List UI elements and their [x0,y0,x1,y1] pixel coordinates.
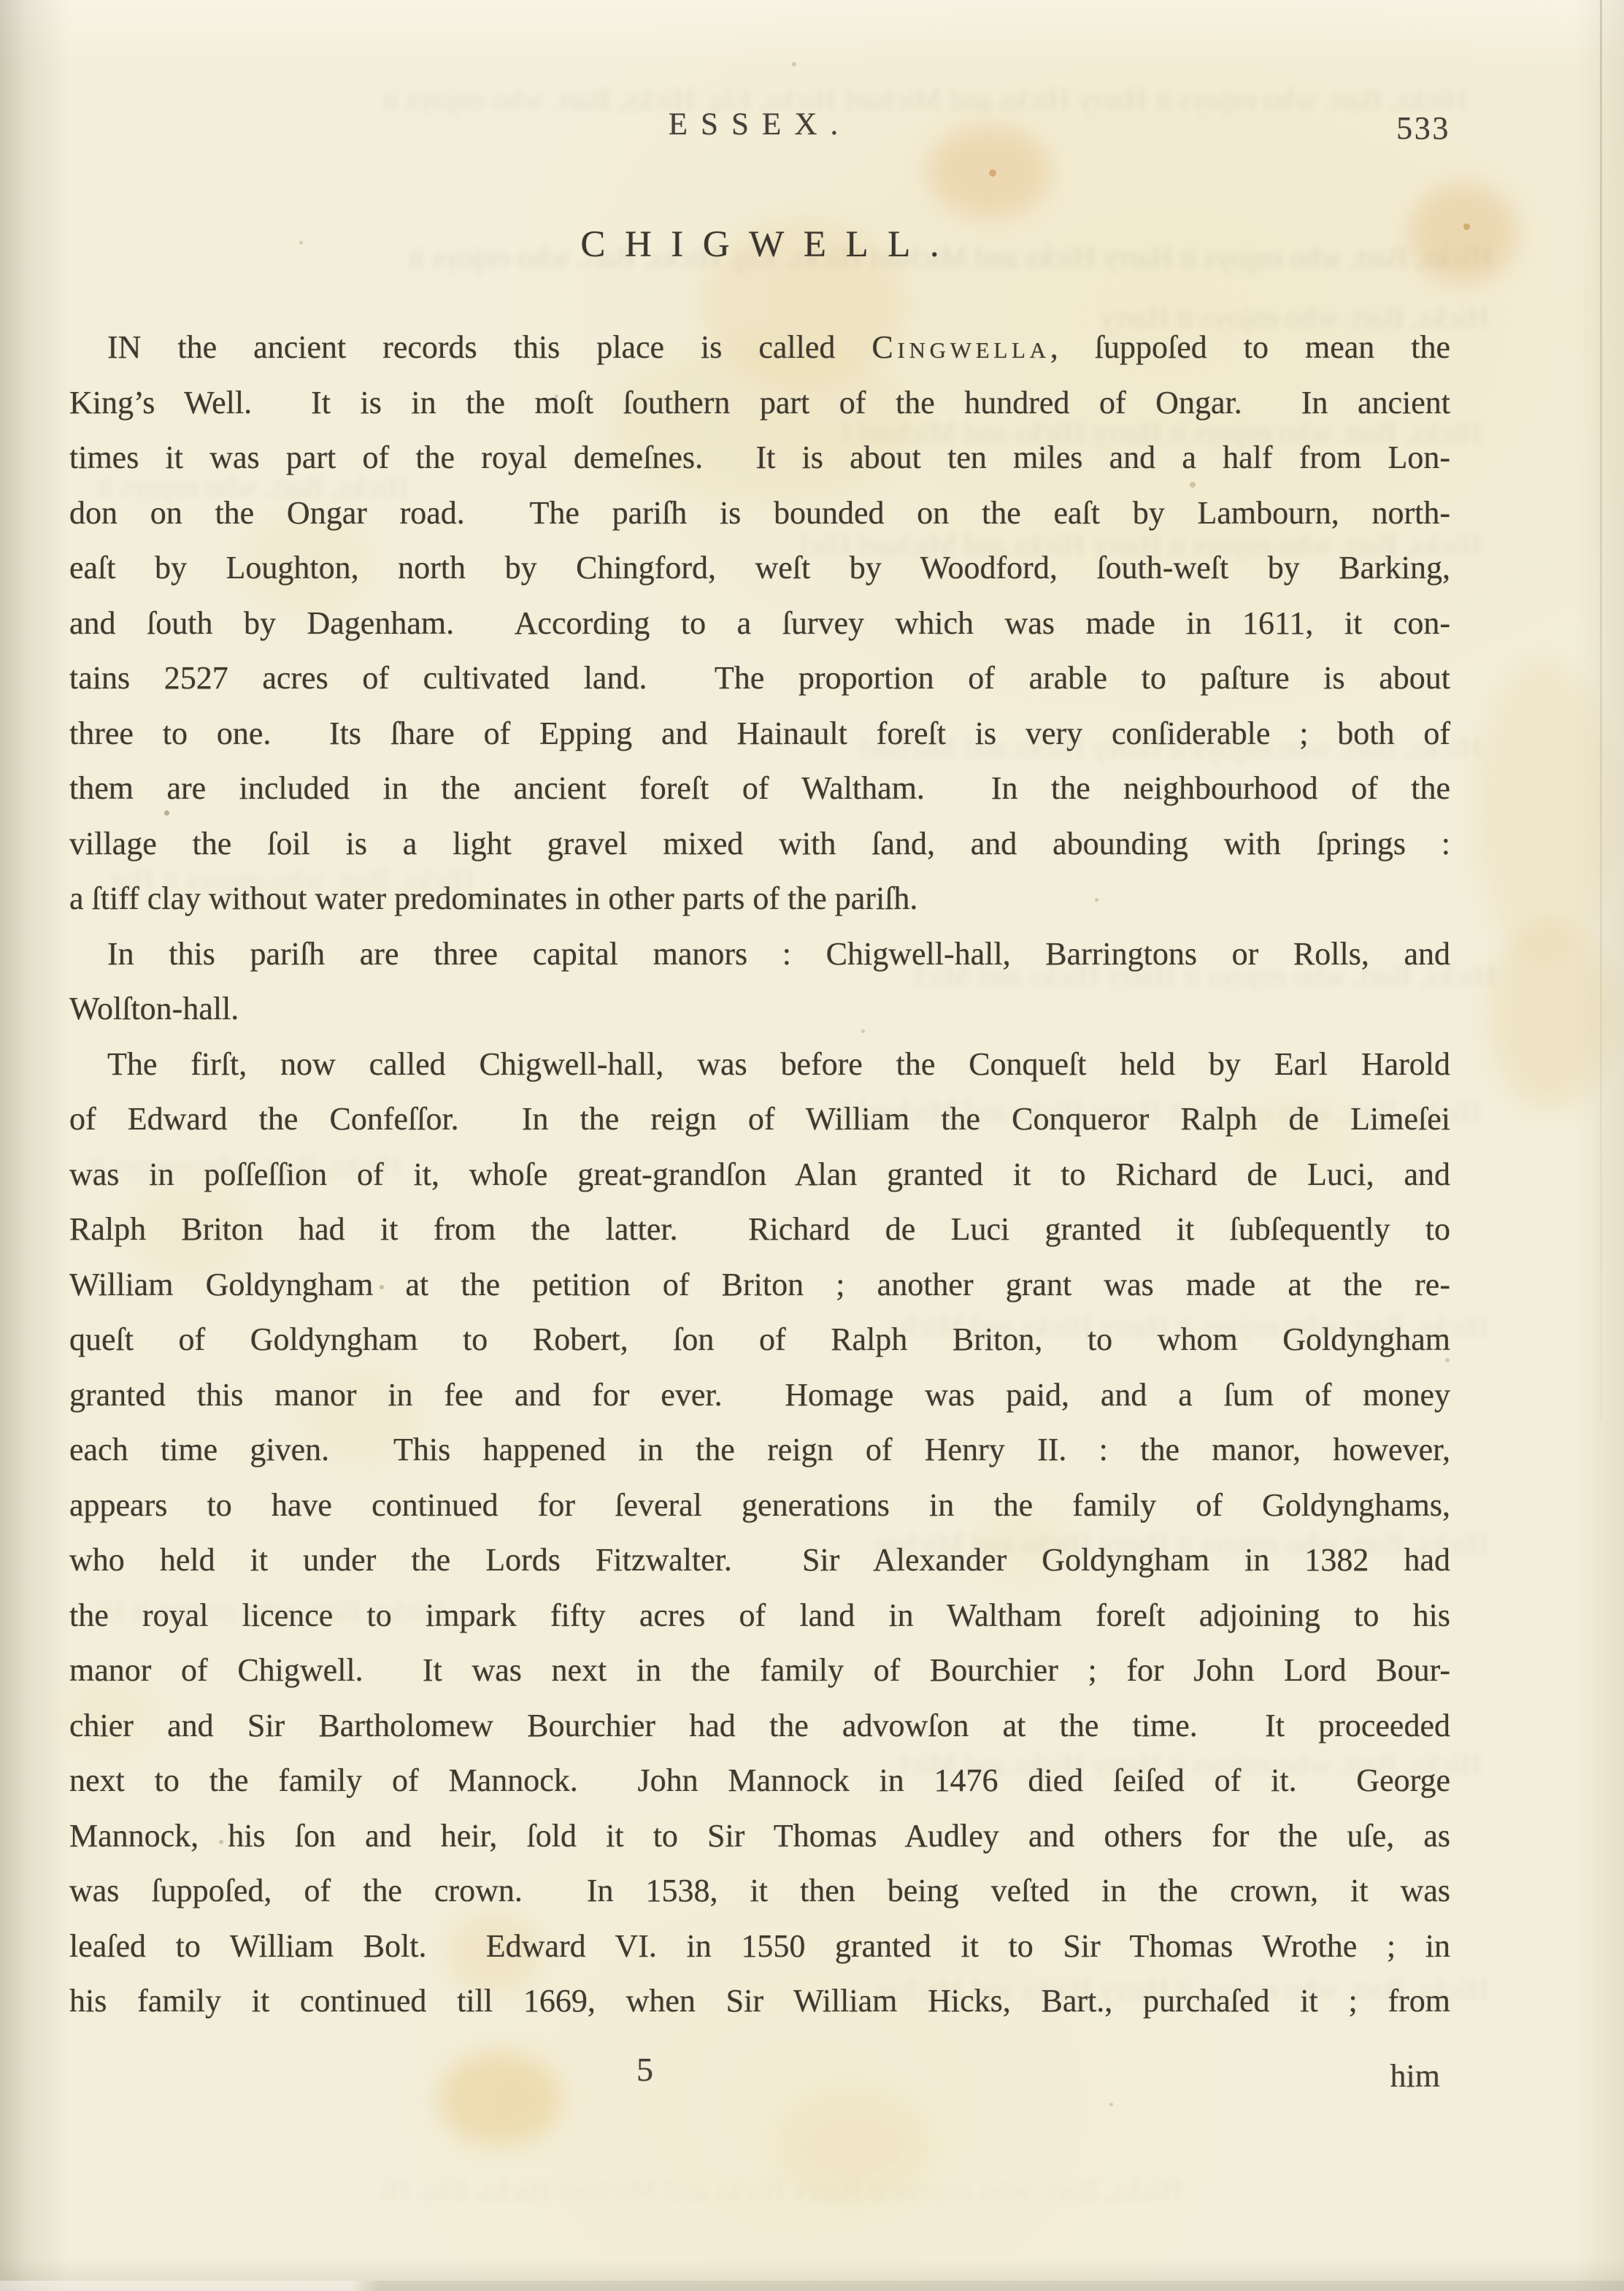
text-segment: village the ſoil is a light gravel mixed… [69,826,1450,861]
text-segment: and ſouth by Dagenham. According to a ſu… [69,605,1450,641]
text-segment: who held it under the Lords Fitzwalter. … [69,1542,1450,1578]
text-segment: of Edward the Confeſſor. In the reign of… [69,1101,1450,1137]
text-segment: tains 2527 acres of cultivated land. The… [69,660,1450,696]
text-line: was in poſſeſſion of it, whoſe great-gra… [69,1147,1450,1202]
text-line: appears to have continued for ſeveral ge… [69,1478,1450,1533]
text-line: Wolſton-hall. [69,981,1450,1037]
text-segment: King’s Well. It is in the moſt ſouthern … [69,385,1450,421]
text-segment: the royal licence to impark fifty acres … [69,1597,1450,1633]
text-segment: his family it continued till 1669, when … [69,1983,1450,2019]
text-segment: , ſuppoſed to mean the [1050,329,1450,365]
text-line: them are included in the ancient foreſt … [69,761,1450,816]
text-line: IN the ancient records this place is cal… [69,320,1450,375]
paper-stain [1489,920,1613,1110]
text-line: eaſt by Loughton, north by Chingford, we… [69,540,1450,596]
catchword-row: him [69,2057,1440,2095]
text-line: King’s Well. It is in the moſt ſouthern … [69,375,1450,431]
text-segment: appears to have continued for ſeveral ge… [69,1487,1450,1523]
paper-speck [1463,223,1470,230]
text-segment: leaſed to William Bolt. Edward VI. in 15… [69,1928,1450,1964]
text-segment: don on the Ongar road. The pariſh is bou… [69,495,1450,531]
text-line: a ſtiff clay without water predominates … [69,871,1450,926]
text-segment: In this pariſh are three capital manors … [107,936,1450,972]
text-line: leaſed to William Bolt. Edward VI. in 15… [69,1919,1450,1974]
text-segment: was ſuppoſed, of the crown. In 1538, it … [69,1873,1450,1908]
text-line: queſt of Goldyngham to Robert, ſon of Ra… [69,1312,1450,1367]
text-line: granted this manor in fee and for ever. … [69,1367,1450,1423]
text-line: three to one. Its ſhare of Epping and Ha… [69,706,1450,761]
text-line: was ſuppoſed, of the crown. In 1538, it … [69,1863,1450,1919]
body-text: IN the ancient records this place is cal… [69,320,1450,2029]
section-title: CHIGWELL. [69,223,1450,266]
text-segment: Wolſton-hall. [69,991,239,1026]
text-line: tains 2527 acres of cultivated land. The… [69,651,1450,706]
text-line: chier and Sir Bartholomew Bourchier had … [69,1698,1450,1754]
text-line: Ralph Briton had it from the latter. Ric… [69,1202,1450,1257]
text-line: The firſt, now called Chigwell-hall, was… [69,1037,1450,1092]
text-segment: The firſt, now called Chigwell-hall, was… [107,1046,1450,1082]
text-line: Mannock, his ſon and heir, ſold it to Si… [69,1808,1450,1864]
text-segment: queſt of Goldyngham to Robert, ſon of Ra… [69,1321,1450,1357]
bottom-edge-shadow [0,2281,1624,2291]
book-page-scan: Hicks, Bart. who enjoys it Harry Hicks a… [0,0,1624,2291]
smallcaps-name: Cingwella [871,329,1050,365]
text-segment: Mannock, his ſon and heir, ſold it to Si… [69,1818,1450,1854]
paper-speck [989,169,996,177]
text-line: the royal licence to impark fifty acres … [69,1588,1450,1643]
page-number: 533 [69,110,1450,147]
text-segment: eaſt by Loughton, north by Chingford, we… [69,550,1450,586]
text-segment: next to the family of Mannock. John Mann… [69,1762,1450,1798]
text-line: of Edward the Confeſſor. In the reign of… [69,1091,1450,1147]
text-segment: granted this manor in fee and for ever. … [69,1377,1450,1413]
text-segment: them are included in the ancient foreſt … [69,770,1450,806]
text-line: and ſouth by Dagenham. According to a ſu… [69,596,1450,651]
text-segment: a ſtiff clay without water predominates … [69,880,917,916]
catchword: him [1390,2058,1440,2094]
paper-speck [792,62,796,66]
text-line: In this pariſh are three capital manors … [69,926,1450,982]
text-line: don on the Ongar road. The pariſh is bou… [69,486,1450,541]
text-line: his family it continued till 1669, when … [69,1973,1450,2029]
paper-speck [1109,2103,1113,2106]
text-segment: IN the ancient records this place is cal… [107,329,871,365]
text-segment: times it was part of the royal demeſnes.… [69,440,1450,475]
text-segment: Ralph Briton had it from the latter. Ric… [69,1211,1450,1247]
text-line: times it was part of the royal demeſnes.… [69,430,1450,486]
text-segment: manor of Chigwell. It was next in the fa… [69,1652,1450,1688]
text-segment: each time given. This happened in the re… [69,1432,1450,1467]
text-line: manor of Chigwell. It was next in the fa… [69,1643,1450,1698]
page-crease [1600,0,1602,1421]
text-line: William Goldyngham at the petition of Br… [69,1257,1450,1313]
text-line: each time given. This happened in the re… [69,1422,1450,1478]
text-segment: William Goldyngham at the petition of Br… [69,1267,1450,1302]
paper-stain [1474,657,1613,964]
text-line: who held it under the Lords Fitzwalter. … [69,1532,1450,1588]
text-segment: was in poſſeſſion of it, whoſe great-gra… [69,1156,1450,1192]
paper-stain [774,2088,934,2205]
text-line: village the ſoil is a light gravel mixed… [69,816,1450,872]
text-segment: chier and Sir Bartholomew Bourchier had … [69,1708,1450,1743]
show-through-text: Hicks, Bart. who enjoys it Harry Hicks a… [380,2172,1182,2210]
text-line: next to the family of Mannock. John Mann… [69,1753,1450,1808]
text-segment: three to one. Its ſhare of Epping and Ha… [69,715,1450,751]
